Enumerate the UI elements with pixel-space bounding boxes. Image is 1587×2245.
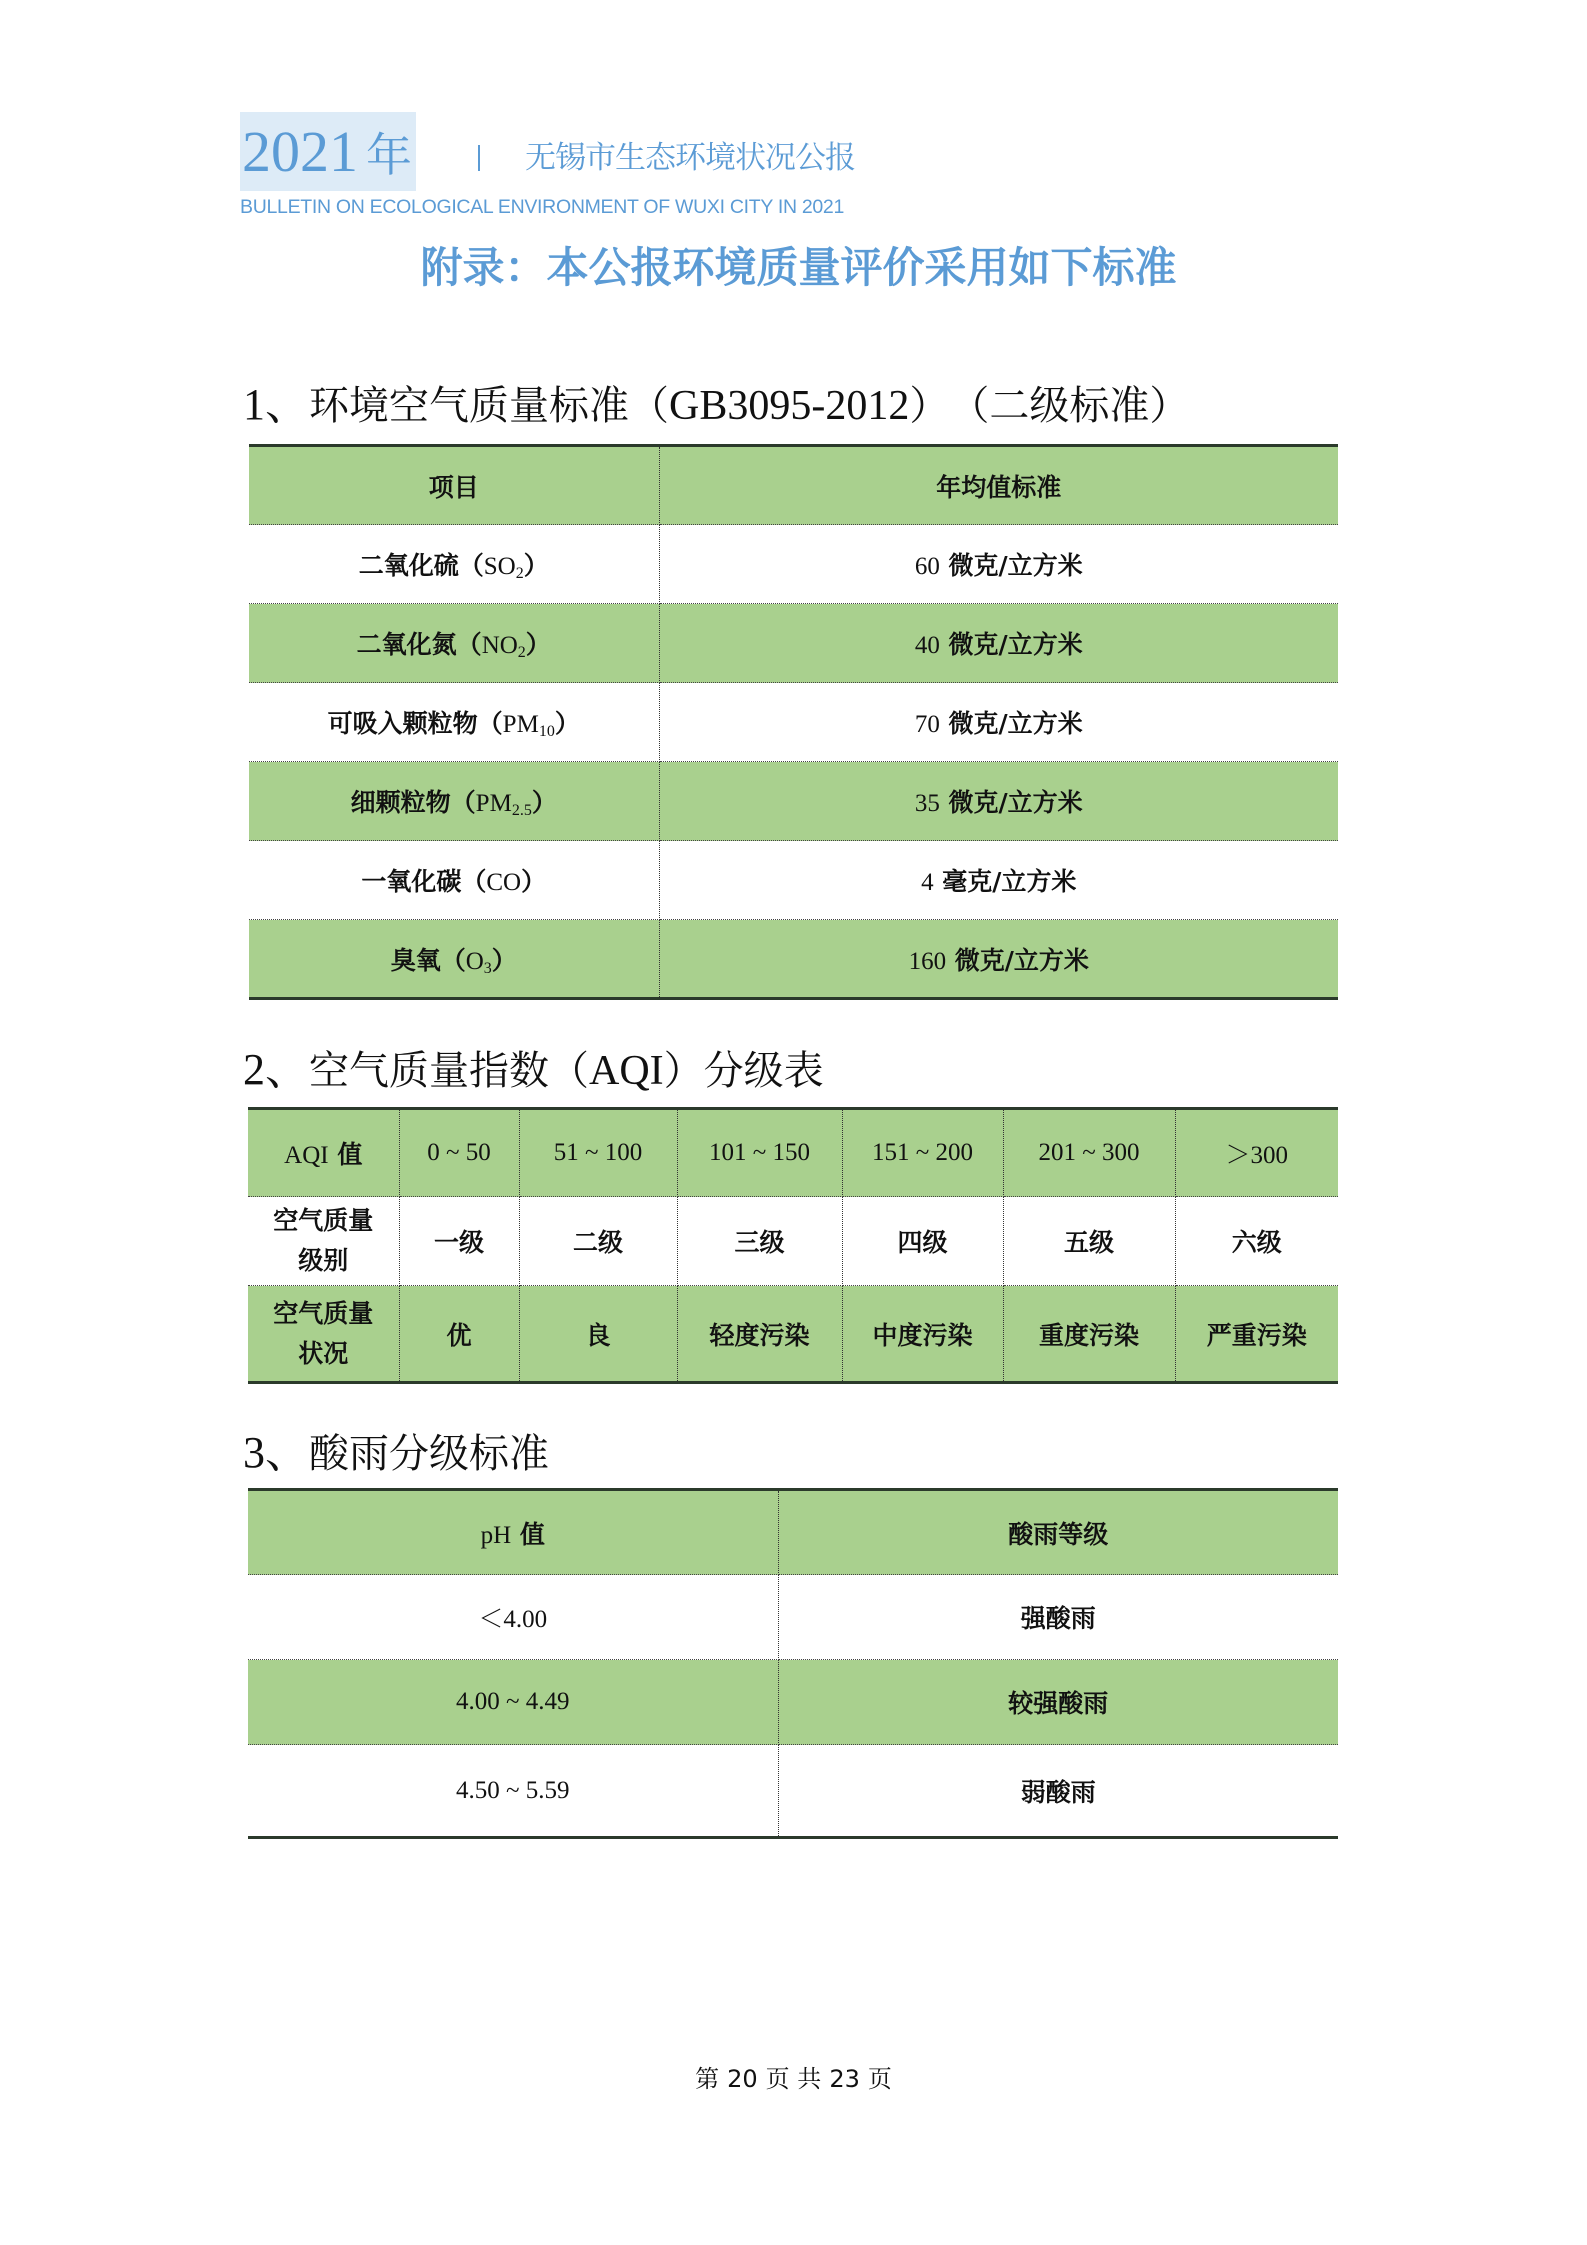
aqi-status: 重度污染 xyxy=(1003,1286,1175,1383)
aqi-level: 三级 xyxy=(677,1197,842,1286)
aqi-level: 二级 xyxy=(519,1197,677,1286)
row-label-aqi: AQI 值 xyxy=(248,1109,399,1197)
aqi-range: 0 ~ 50 xyxy=(399,1109,519,1197)
pollutant-name: 可吸入颗粒物（PM10） xyxy=(249,683,659,762)
aqi-range: 201 ~ 300 xyxy=(1003,1109,1175,1197)
aqi-status-row: 空气质量状况 优 良 轻度污染 中度污染 重度污染 严重污染 xyxy=(248,1286,1338,1383)
aqi-status: 良 xyxy=(519,1286,677,1383)
pollutant-name: 二氧化硫（SO2） xyxy=(249,525,659,604)
aqi-range: ＞300 xyxy=(1175,1109,1338,1197)
aqi-range: 101 ~ 150 xyxy=(677,1109,842,1197)
aqi-range: 151 ~ 200 xyxy=(842,1109,1003,1197)
table-row: 4.00 ~ 4.49 较强酸雨 xyxy=(248,1660,1338,1745)
acid-rain-grade: 弱酸雨 xyxy=(778,1745,1338,1838)
table-row: 二氧化氮（NO2） 40 微克/立方米 xyxy=(249,604,1338,683)
acid-rain-grading-table: pH 值 酸雨等级 ＜4.00 强酸雨 4.00 ~ 4.49 较强酸雨 4.5… xyxy=(248,1488,1338,1839)
row-label-status: 空气质量状况 xyxy=(248,1286,399,1383)
acid-rain-grade: 强酸雨 xyxy=(778,1575,1338,1660)
pollutant-name: 臭氧（O3） xyxy=(249,920,659,999)
section-3-heading: 3、酸雨分级标准 xyxy=(243,1428,549,1479)
table-row: 可吸入颗粒物（PM10） 70 微克/立方米 xyxy=(249,683,1338,762)
aqi-level: 五级 xyxy=(1003,1197,1175,1286)
aqi-range: 51 ~ 100 xyxy=(519,1109,677,1197)
annual-standard: 60 微克/立方米 xyxy=(659,525,1338,604)
table-row: 臭氧（O3） 160 微克/立方米 xyxy=(249,920,1338,999)
annual-standard: 4 毫克/立方米 xyxy=(659,841,1338,920)
table-row: 二氧化硫（SO2） 60 微克/立方米 xyxy=(249,525,1338,604)
table-header-row: 项目 年均值标准 xyxy=(249,446,1338,525)
table-header-row: pH 值 酸雨等级 xyxy=(248,1490,1338,1575)
appendix-title: 附录：本公报环境质量评价采用如下标准 xyxy=(0,240,1587,296)
aqi-value-row: AQI 值 0 ~ 50 51 ~ 100 101 ~ 150 151 ~ 20… xyxy=(248,1109,1338,1197)
annual-standard: 70 微克/立方米 xyxy=(659,683,1338,762)
column-header-standard: 年均值标准 xyxy=(659,446,1338,525)
aqi-level: 六级 xyxy=(1175,1197,1338,1286)
aqi-status: 中度污染 xyxy=(842,1286,1003,1383)
pollutant-name: 二氧化氮（NO2） xyxy=(249,604,659,683)
table-row: 4.50 ~ 5.59 弱酸雨 xyxy=(248,1745,1338,1838)
page-number: 第20页 共23页 xyxy=(0,2063,1587,2095)
aqi-level: 四级 xyxy=(842,1197,1003,1286)
table-row: 一氧化碳（CO） 4 毫克/立方米 xyxy=(249,841,1338,920)
air-quality-standard-table: 项目 年均值标准 二氧化硫（SO2） 60 微克/立方米 二氧化氮（NO2） 4… xyxy=(249,444,1338,1000)
year-suffix: 年 xyxy=(366,130,412,181)
acid-rain-grade: 较强酸雨 xyxy=(778,1660,1338,1745)
ph-range: ＜4.00 xyxy=(248,1575,778,1660)
section-1-heading: 1、环境空气质量标准（GB3095-2012） （二级标准） xyxy=(243,380,1189,431)
annual-standard: 35 微克/立方米 xyxy=(659,762,1338,841)
row-label-level: 空气质量级别 xyxy=(248,1197,399,1286)
column-header-ph: pH 值 xyxy=(248,1490,778,1575)
aqi-status: 严重污染 xyxy=(1175,1286,1338,1383)
table-row: 细颗粒物（PM2.5） 35 微克/立方米 xyxy=(249,762,1338,841)
report-name: 无锡市生态环境状况公报 xyxy=(525,136,855,180)
year-number: 2021 xyxy=(242,119,358,184)
pollutant-name: 细颗粒物（PM2.5） xyxy=(249,762,659,841)
annual-standard: 160 微克/立方米 xyxy=(659,920,1338,999)
aqi-level: 一级 xyxy=(399,1197,519,1286)
table-row: ＜4.00 强酸雨 xyxy=(248,1575,1338,1660)
section-2-heading: 2、空气质量指数（AQI）分级表 xyxy=(243,1045,824,1096)
column-header-item: 项目 xyxy=(249,446,659,525)
header-separator xyxy=(478,145,480,171)
aqi-status: 优 xyxy=(399,1286,519,1383)
report-year: 2021年 xyxy=(242,114,412,194)
ph-range: 4.00 ~ 4.49 xyxy=(248,1660,778,1745)
ph-range: 4.50 ~ 5.59 xyxy=(248,1745,778,1838)
column-header-grade: 酸雨等级 xyxy=(778,1490,1338,1575)
report-name-english: BULLETIN ON ECOLOGICAL ENVIRONMENT OF WU… xyxy=(240,195,844,219)
aqi-status: 轻度污染 xyxy=(677,1286,842,1383)
aqi-grading-table: AQI 值 0 ~ 50 51 ~ 100 101 ~ 150 151 ~ 20… xyxy=(248,1107,1338,1384)
annual-standard: 40 微克/立方米 xyxy=(659,604,1338,683)
pollutant-name: 一氧化碳（CO） xyxy=(249,841,659,920)
aqi-level-row: 空气质量级别 一级 二级 三级 四级 五级 六级 xyxy=(248,1197,1338,1286)
